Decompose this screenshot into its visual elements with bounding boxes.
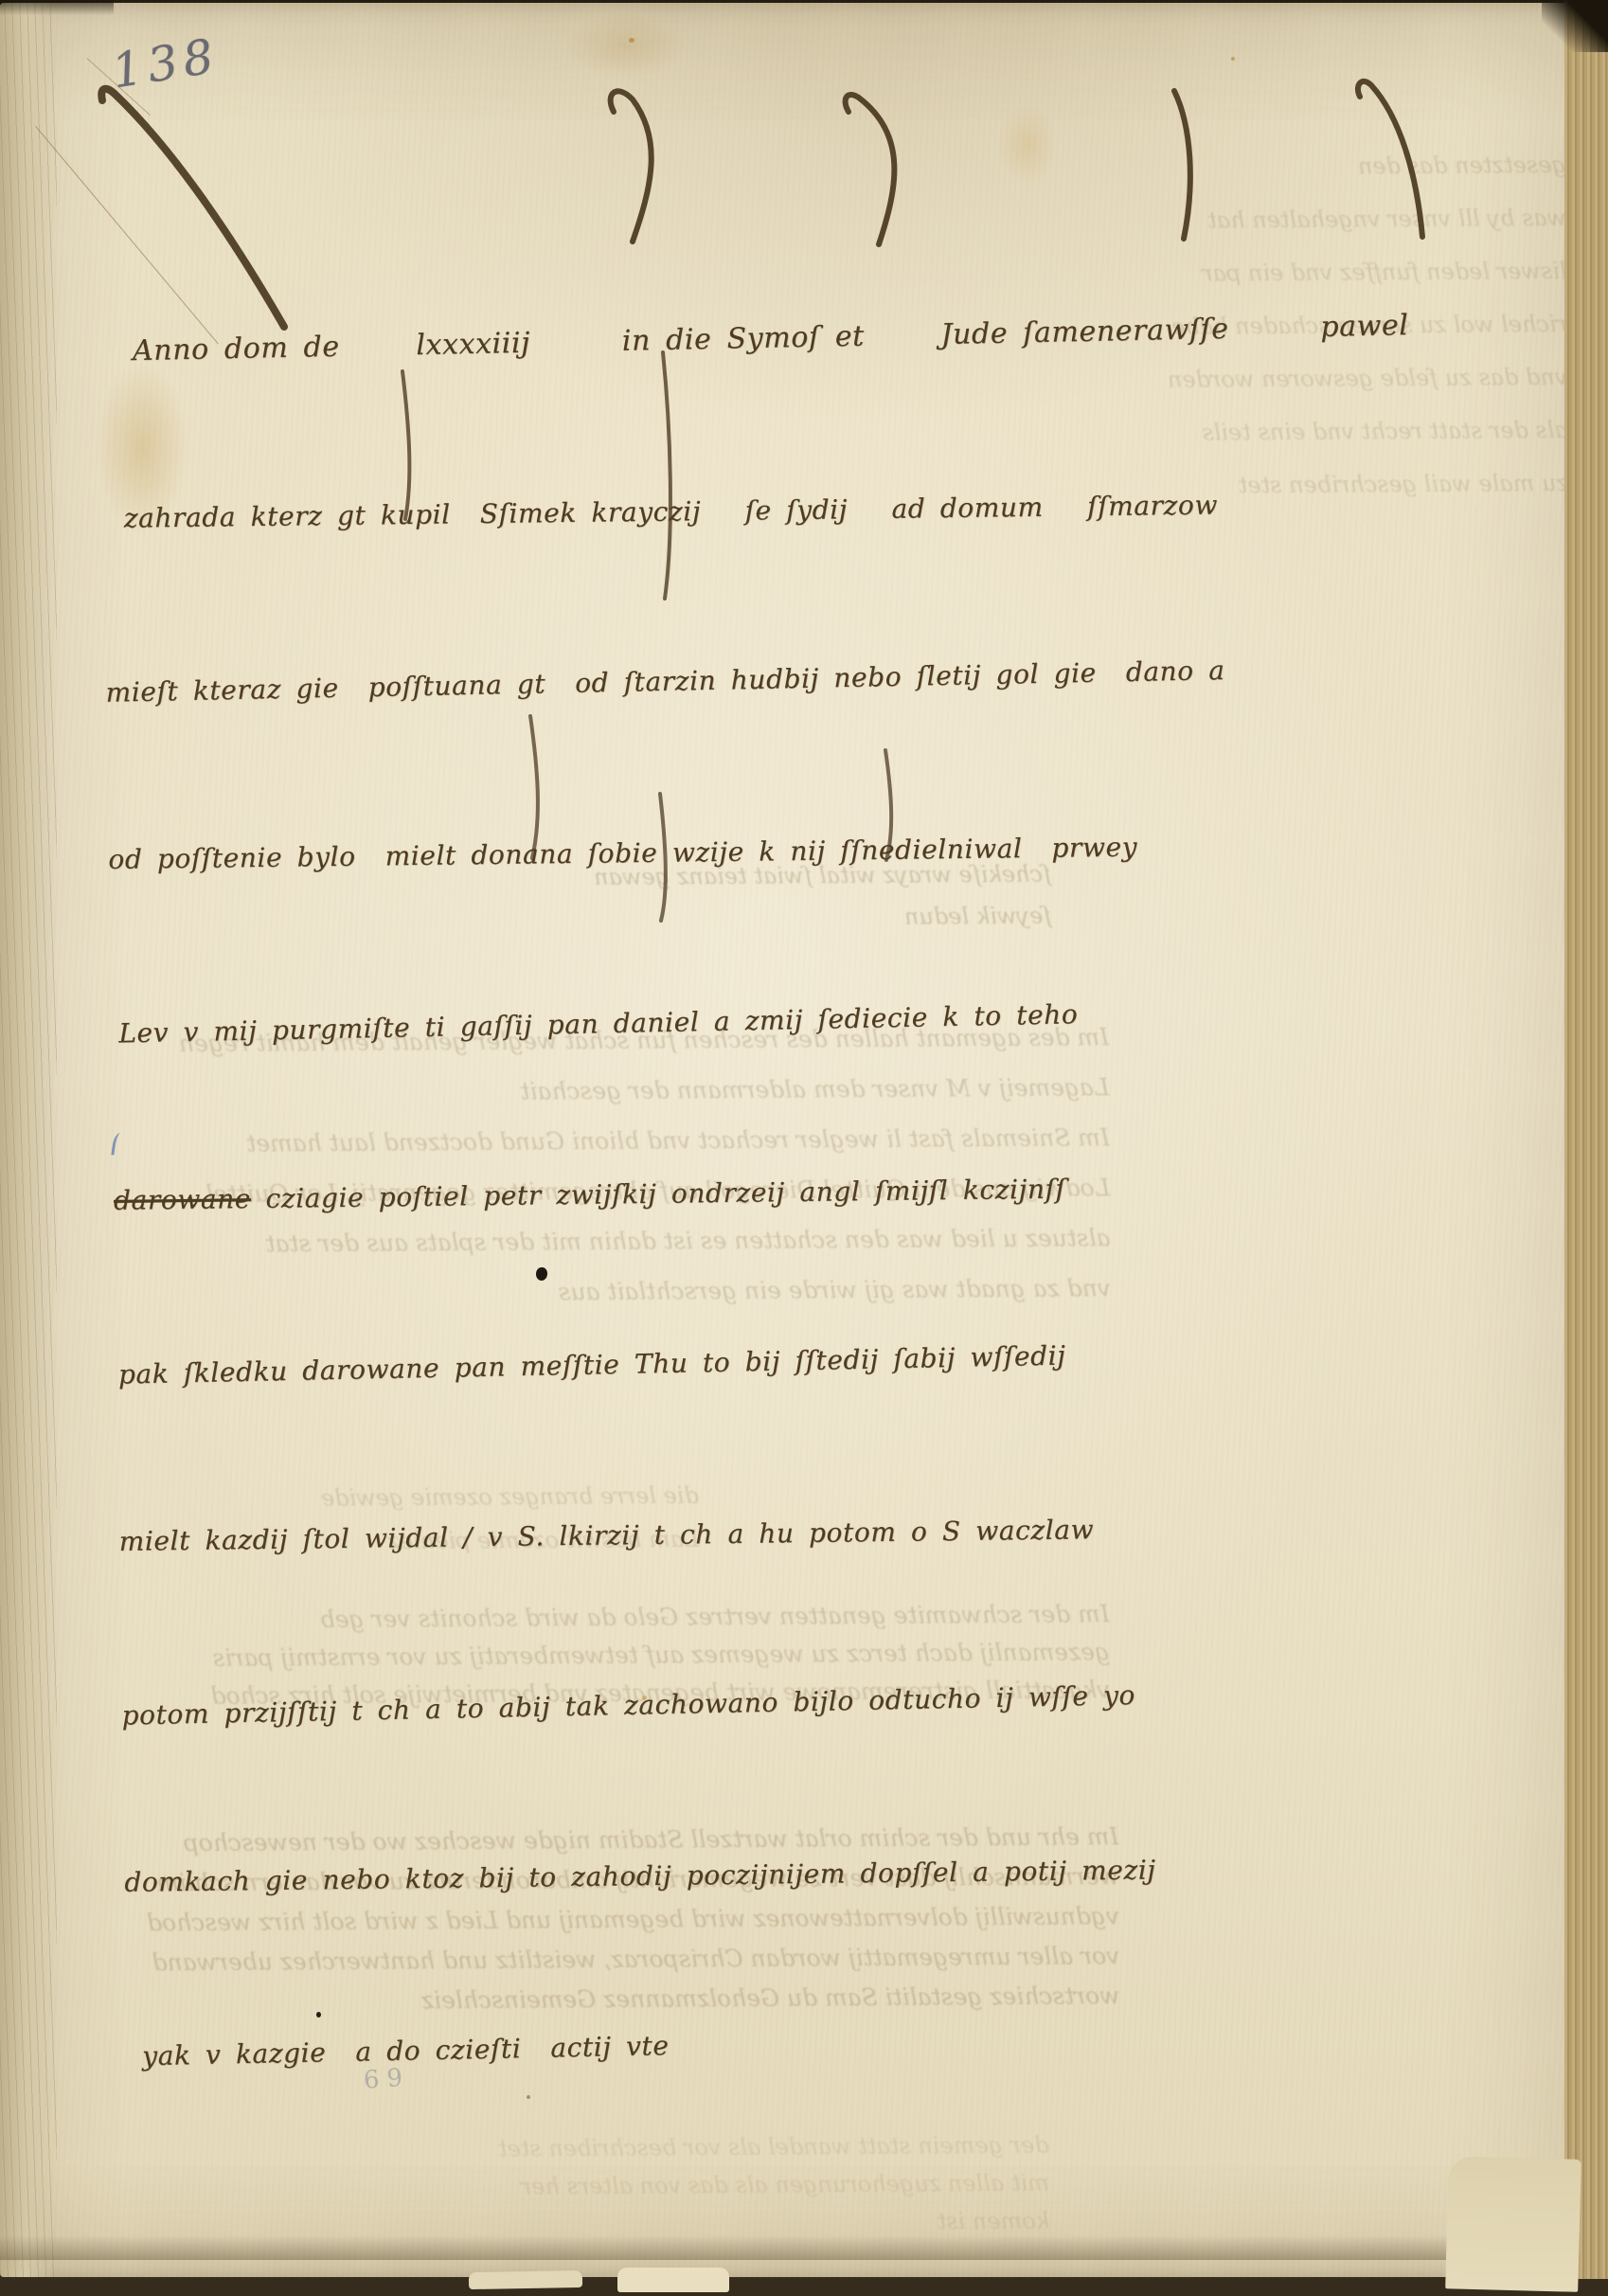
binding-edge [0, 3, 57, 2277]
line-text: od poſſtenie bylo mielt donana ſobie wzi… [108, 832, 1137, 875]
struck-word: darowane [114, 1183, 251, 1216]
torn-edge-tab [617, 2268, 729, 2292]
line-text: Lev v mij purgmiſte ti gaſſij pan daniel… [118, 998, 1079, 1049]
foxing-spot [527, 2095, 530, 2099]
manuscript-line: mielt kazdij ſtol wijdal / v S. lkirzij … [118, 1502, 1028, 1570]
line-text: mielt kazdij ſtol wijdal / v S. lkirzij … [118, 1514, 1094, 1557]
manuscript-line: mieſt kteraz gie poſſtuana gt od ſtarzin… [105, 646, 1015, 721]
foxing-spot [629, 38, 634, 43]
torn-edge-tab [469, 2270, 582, 2289]
line-text: domkach gie nebo ktoz bij to zahodij poc… [124, 1854, 1156, 1897]
foxing-spot [642, 1695, 647, 1700]
foxing-spot [1231, 57, 1235, 61]
corner-shadow [0, 0, 114, 15]
manuscript-line: od poſſtenie bylo mielt donana ſobie wzi… [108, 820, 1018, 888]
book-fore-edge [1564, 0, 1608, 2279]
manuscript-line: zahrada kterz gt kupil Sſimek krayczij ſ… [123, 479, 1012, 547]
manuscript-line: domkach gie nebo ktoz bij to zahodij poc… [124, 1843, 1034, 1911]
line-text: potom przijſſtij t ch a to abij tak zach… [121, 1679, 1135, 1731]
manuscript-line: pak ſkledku darowane pan meſſtie Thu to … [117, 1328, 1026, 1403]
archive-stamp-number: 69 [363, 2063, 411, 2094]
line-text: cziagie poſtiel petr zwijſkij ondrzeij a… [251, 1174, 1066, 1215]
corner-shadow [1542, 0, 1608, 52]
manuscript-line: Anno dom de lxxxxiiij in die Symoſ et Ju… [132, 306, 1009, 381]
manuscript-line: potom przijſſtij t ch a to abij tak zach… [121, 1669, 1031, 1744]
manuscript-line: yak v kazgie a do czieſti actij vte [142, 2010, 1037, 2085]
page-corner-under [1445, 2156, 1581, 2292]
ink-blot [316, 2012, 321, 2018]
manuscript-line: darowane cziagie poſtiel petr zwijſkij o… [114, 1161, 1024, 1229]
manuscript-line: Lev v mij purgmiſte ti gaſſij pan daniel… [118, 987, 1021, 1062]
line-text: pak ſkledku darowane pan meſſtie Thu to … [118, 1339, 1066, 1390]
manuscript-text-block: Anno dom de lxxxxiiij in die Symoſ et Ju… [98, 194, 1039, 2197]
manuscript-scan: gesetzten das den was by lll vnser vngeh… [0, 0, 1608, 2296]
